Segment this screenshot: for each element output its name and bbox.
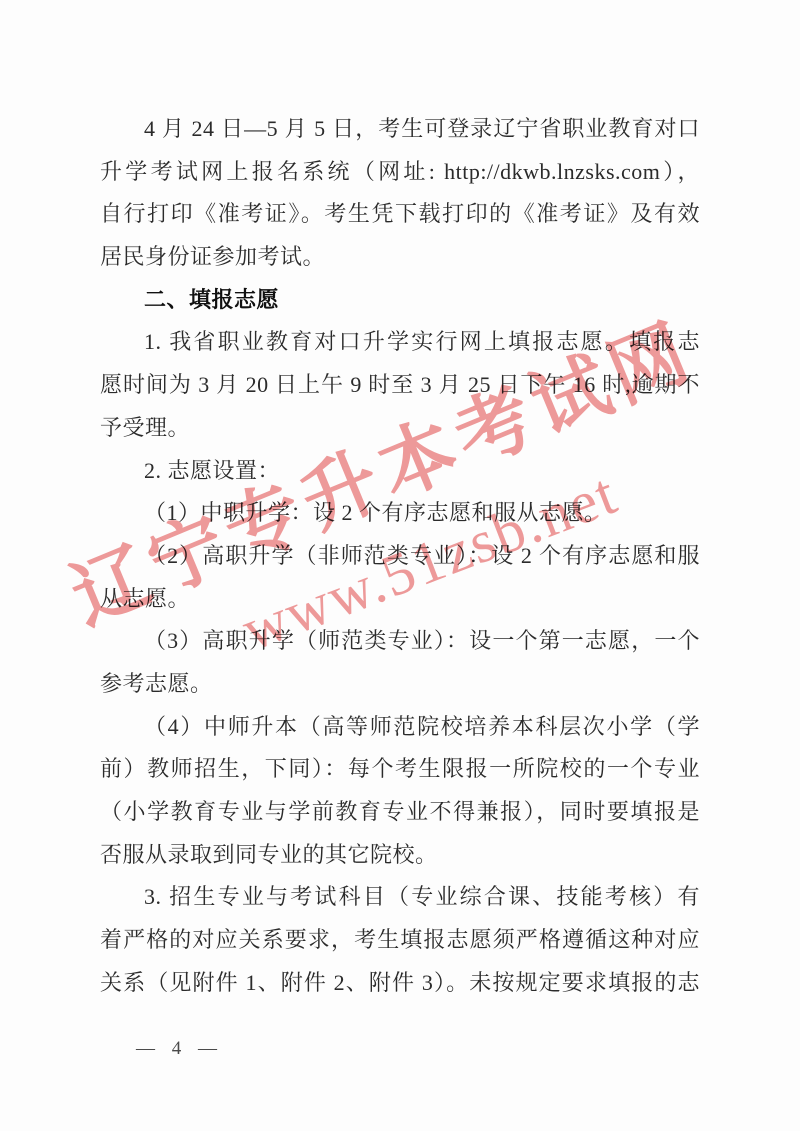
section-heading: 二、填报志愿 [100,279,700,322]
doc-line: 4 月 24 日—5 月 5 日，考生可登录辽宁省职业教育对口 [100,108,700,151]
doc-line: （小学教育专业与学前教育专业不得兼报），同时要填报是 [100,791,700,834]
doc-line: （2）高职升学（非师范类专业）：设 2 个有序志愿和服 [100,535,700,578]
document-page: 4 月 24 日—5 月 5 日，考生可登录辽宁省职业教育对口 升学考试网上报名… [0,0,800,1131]
doc-line: 居民身份证参加考试。 [100,236,700,279]
doc-line: （4）中师升本（高等师范院校培养本科层次小学（学 [100,706,700,749]
doc-line: 3. 招生专业与考试科目（专业综合课、技能考核）有 [100,876,700,919]
page-number: — 4 — [136,1038,223,1060]
doc-line: 前）教师招生，下同）：每个考生限报一所院校的一个专业 [100,748,700,791]
doc-line: 关系（见附件 1、附件 2、附件 3）。未按规定要求填报的志 [100,962,700,1005]
doc-line: 参考志愿。 [100,663,700,706]
doc-line: （1）中职升学：设 2 个有序志愿和服从志愿。 [100,492,700,535]
doc-line: 愿时间为 3 月 20 日上午 9 时至 3 月 25 日下午 16 时,逾期不 [100,364,700,407]
doc-line: 自行打印《准考证》。考生凭下载打印的《准考证》及有效 [100,193,700,236]
doc-line: 否服从录取到同专业的其它院校。 [100,834,700,877]
doc-line: （3）高职升学（师范类专业）：设一个第一志愿，一个 [100,620,700,663]
doc-line: 从志愿。 [100,578,700,621]
doc-line: 2. 志愿设置： [100,450,700,493]
doc-line: 予受理。 [100,407,700,450]
doc-line: 1. 我省职业教育对口升学实行网上填报志愿。填报志 [100,321,700,364]
doc-line: 着严格的对应关系要求，考生填报志愿须严格遵循这种对应 [100,919,700,962]
document-body: 4 月 24 日—5 月 5 日，考生可登录辽宁省职业教育对口 升学考试网上报名… [100,108,700,1004]
doc-line: 升学考试网上报名系统（网址: http://dkwb.lnzsks.com）， [100,151,700,194]
